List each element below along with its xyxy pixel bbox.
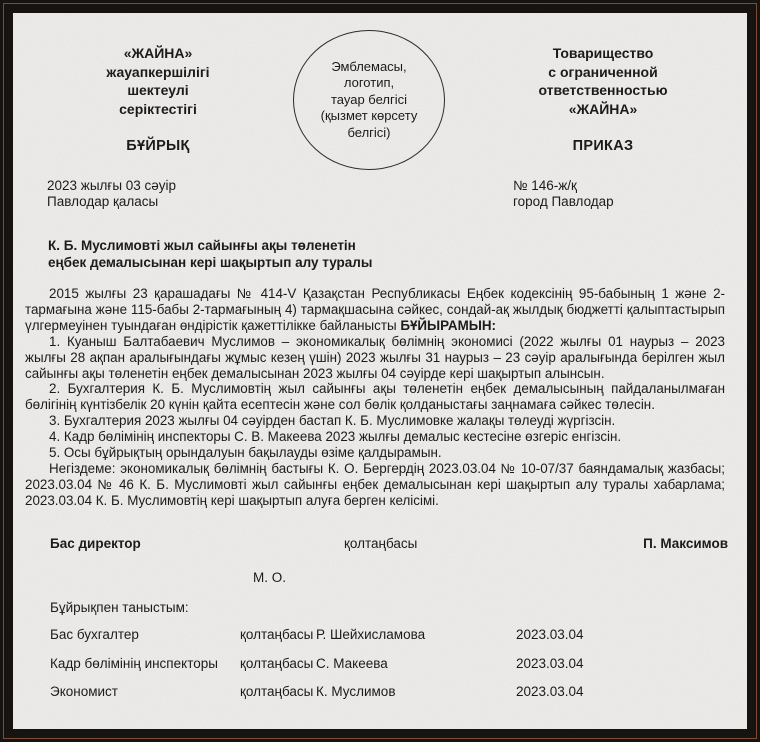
order-keyword: БҰЙЫРАМЫН: bbox=[400, 318, 496, 333]
acquainted-heading: Бұйрықпен таныстым: bbox=[50, 600, 189, 616]
acquainted-position: Кадр бөлімінің инспекторы bbox=[50, 656, 218, 672]
emblem-placeholder-text: Эмблемасы, логотип, тауар белгісі (қызме… bbox=[321, 59, 418, 142]
order-item-3: 3. Бухгалтерия 2023 жылғы 04 сәуірден ба… bbox=[25, 413, 725, 429]
acquainted-signature-label: қолтаңбасы bbox=[240, 684, 313, 700]
emblem-circle: Эмблемасы, логотип, тауар белгісі (қызме… bbox=[293, 30, 445, 170]
doc-type-ru: ПРИКАЗ bbox=[497, 138, 709, 154]
director-position: Бас директор bbox=[50, 536, 141, 552]
order-content: «ЖАЙНА» жауапкершілігі шектеулі серіктес… bbox=[0, 0, 760, 742]
order-basis: Негіздеме: экономикалық бөлімнің бастығы… bbox=[25, 461, 725, 509]
director-signature-row: Бас директор қолтаңбасы П. Максимов bbox=[0, 536, 760, 552]
order-subject: К. Б. Муслимовті жыл сайынғы ақы төленет… bbox=[48, 238, 468, 271]
date-place-block: 2023 жылғы 03 сәуір Павлодар қаласы bbox=[47, 178, 176, 210]
acquainted-date: 2023.03.04 bbox=[516, 684, 584, 700]
director-name: П. Максимов bbox=[643, 536, 728, 552]
org-name-ru: Товарищество с ограниченной ответственно… bbox=[497, 44, 709, 118]
order-intro-paragraph: 2015 жылғы 23 қарашадағы № 414-V Қазақст… bbox=[25, 286, 725, 334]
acquainted-signature-label: қолтаңбасы bbox=[240, 656, 313, 672]
order-item-1: 1. Куаныш Балтабаевич Муслимов – экономи… bbox=[25, 334, 725, 382]
director-signature-label: қолтаңбасы bbox=[344, 536, 417, 552]
acquainted-date: 2023.03.04 bbox=[516, 627, 584, 643]
acquainted-name: К. Муслимов bbox=[316, 684, 396, 700]
order-body: 2015 жылғы 23 қарашадағы № 414-V Қазақст… bbox=[25, 286, 725, 509]
scanned-order-page: «ЖАЙНА» жауапкершілігі шектеулі серіктес… bbox=[0, 0, 760, 742]
seal-mark: М. О. bbox=[253, 570, 286, 586]
order-item-5: 5. Осы бұйрықтың орындалуын бақылауды өз… bbox=[25, 445, 725, 461]
acquainted-position: Бас бухгалтер bbox=[50, 627, 139, 643]
doc-type-kk: БҰЙРЫҚ bbox=[63, 138, 253, 154]
order-city-ru: город Павлодар bbox=[513, 194, 614, 210]
order-item-4: 4. Кадр бөлімінің инспекторы С. В. Макее… bbox=[25, 429, 725, 445]
acquainted-date: 2023.03.04 bbox=[516, 656, 584, 672]
acquainted-name: С. Макеева bbox=[316, 656, 388, 672]
acquainted-position: Экономист bbox=[50, 684, 118, 700]
acquainted-row: Бас бухгалтер қолтаңбасы Р. Шейхисламова… bbox=[0, 627, 760, 643]
acquainted-row: Кадр бөлімінің инспекторы қолтаңбасы С. … bbox=[0, 656, 760, 672]
order-city-kk: Павлодар қаласы bbox=[47, 194, 176, 210]
acquainted-name: Р. Шейхисламова bbox=[316, 627, 425, 643]
number-place-block: № 146-ж/қ город Павлодар bbox=[513, 178, 614, 210]
order-date: 2023 жылғы 03 сәуір bbox=[47, 178, 176, 194]
order-number: № 146-ж/қ bbox=[513, 178, 614, 194]
org-name-kk: «ЖАЙНА» жауапкершілігі шектеулі серіктес… bbox=[63, 44, 253, 118]
acquainted-signature-label: қолтаңбасы bbox=[240, 627, 313, 643]
acquainted-row: Экономист қолтаңбасы К. Муслимов 2023.03… bbox=[0, 684, 760, 700]
intro-text: 2015 жылғы 23 қарашадағы № 414-V Қазақст… bbox=[25, 286, 725, 333]
order-item-2: 2. Бухгалтерия К. Б. Муслимовтің жыл сай… bbox=[25, 381, 725, 413]
